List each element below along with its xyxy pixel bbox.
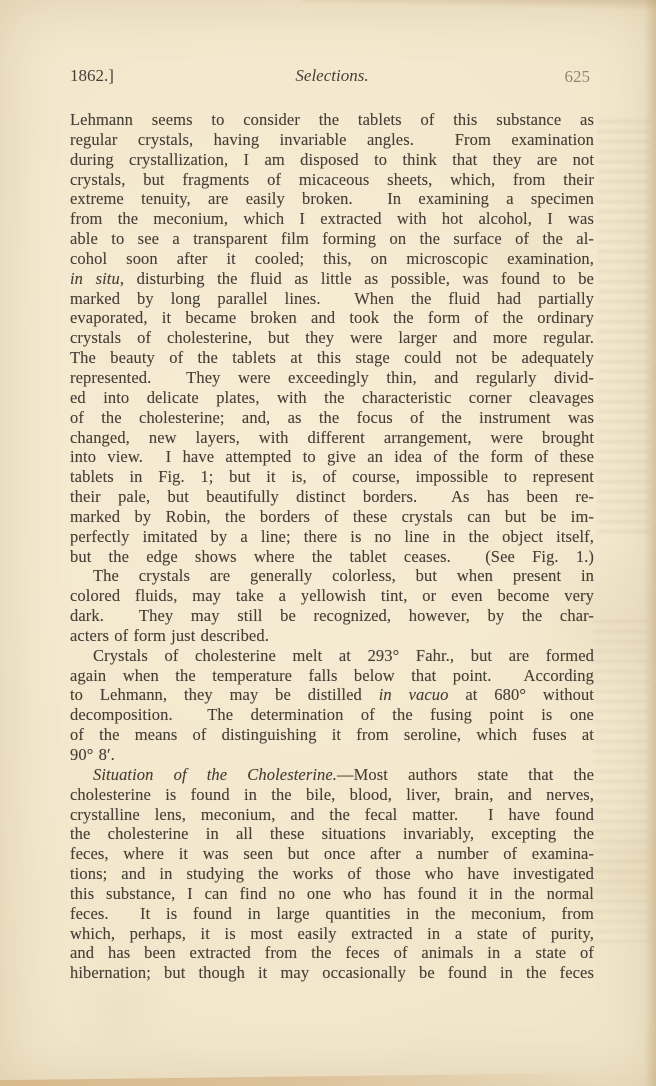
text-line: acters of form just described. — [70, 626, 594, 646]
text-line: marked by Robin, the borders of these cr… — [70, 507, 594, 527]
page-edge-artifact-right — [644, 0, 656, 1086]
text-line: crystalline lens, meconium, and the feca… — [70, 805, 594, 825]
text-line: tablets in Fig. 1; but it is, of course,… — [70, 467, 594, 487]
text-line: which, perhaps, it is most easily extrac… — [70, 924, 594, 944]
text-segment: during crystallization, I am disposed to… — [70, 150, 594, 169]
text-line: dark. They may still be recognized, howe… — [70, 606, 594, 626]
text-line: but the edge shows where the tablet ceas… — [70, 547, 594, 567]
text-segment: at 680° without — [448, 685, 594, 704]
text-line: changed, new layers, with different arra… — [70, 428, 594, 448]
text-segment: Lehmann seems to consider the tablets of… — [70, 110, 594, 129]
text-segment: marked by long parallel lines. When the … — [70, 289, 594, 308]
text-line: from the meconium, which I extracted wit… — [70, 209, 594, 229]
text-segment: hibernation; but though it may occasiona… — [70, 963, 594, 982]
text-segment: able to see a transparent film forming o… — [70, 229, 594, 248]
text-line: The beauty of the tablets at this stage … — [70, 348, 594, 368]
text-segment: The beauty of the tablets at this stage … — [70, 348, 594, 367]
text-segment: crystals, but fragments of micaceous she… — [70, 170, 594, 189]
text-line: to Lehmann, they may be distilled in vac… — [70, 685, 594, 705]
text-segment: perfectly imitated by a line; there is n… — [70, 527, 594, 546]
paragraph: The crystals are generally colorless, bu… — [70, 566, 594, 645]
text-line: extreme tenuity, are easily broken. In e… — [70, 189, 594, 209]
text-segment: this substance, I can find no one who ha… — [70, 884, 594, 903]
text-line: cohol soon after it cooled; this, on mic… — [70, 249, 594, 269]
text-line: hibernation; but though it may occasiona… — [70, 963, 594, 983]
text-segment: feces. It is found in large quantities i… — [70, 904, 594, 923]
page-edge-artifact-top — [302, 0, 656, 14]
text-segment: into view. I have attempted to give an i… — [70, 447, 594, 466]
paragraph: Situation of the Cholesterine.—Most auth… — [70, 765, 594, 983]
text-line: evaporated, it became broken and took th… — [70, 308, 594, 328]
text-line: 90° 8′. — [70, 745, 594, 765]
text-line: tions; and in studying the works of thos… — [70, 864, 594, 884]
text-line: again when the temperature falls below t… — [70, 666, 594, 686]
text-line: regular crystals, having invariable angl… — [70, 130, 594, 150]
text-segment: from the meconium, which I extracted wit… — [70, 209, 594, 228]
text-segment: crystals of cholesterine, but they were … — [70, 328, 594, 347]
text-line: cholesterine is found in the bile, blood… — [70, 785, 594, 805]
text-segment: the cholesterine in all these situations… — [70, 824, 594, 843]
text-segment: crystalline lens, meconium, and the feca… — [70, 805, 594, 824]
text-segment: represented. They were exceedingly thin,… — [70, 368, 594, 387]
text-line: during crystallization, I am disposed to… — [70, 150, 594, 170]
text-line: perfectly imitated by a line; there is n… — [70, 527, 594, 547]
text-line: marked by long parallel lines. When the … — [70, 289, 594, 309]
text-segment: tablets in Fig. 1; but it is, of course,… — [70, 467, 594, 486]
text-segment: marked by Robin, the borders of these cr… — [70, 507, 594, 526]
bleedthrough-artifact — [592, 620, 650, 950]
running-title: Selections. — [70, 66, 594, 86]
text-segment: but the edge shows where the tablet ceas… — [70, 547, 594, 566]
text-segment: The crystals are generally colorless, bu… — [93, 566, 594, 585]
paragraph: Lehmann seems to consider the tablets of… — [70, 110, 594, 566]
text-line: in situ, disturbing the fluid as little … — [70, 269, 594, 289]
text-line: crystals, but fragments of micaceous she… — [70, 170, 594, 190]
text-line: Crystals of cholesterine melt at 293° Fa… — [70, 646, 594, 666]
text-line: of the means of distinguishing it from s… — [70, 725, 594, 745]
text-segment: Crystals of cholesterine melt at 293° Fa… — [93, 646, 594, 665]
text-line: feces. It is found in large quantities i… — [70, 904, 594, 924]
text-line: this substance, I can find no one who ha… — [70, 884, 594, 904]
text-segment: and has been extracted from the feces of… — [70, 943, 594, 962]
text-line: decomposition. The determination of the … — [70, 705, 594, 725]
text-line: Lehmann seems to consider the tablets of… — [70, 110, 594, 130]
text-line: crystals of cholesterine, but they were … — [70, 328, 594, 348]
text-segment: again when the temperature falls below t… — [70, 666, 594, 685]
text-segment: feces, where it was seen but once after … — [70, 844, 594, 863]
bleedthrough-artifact — [598, 120, 650, 540]
page-edge-artifact-bottom — [0, 1072, 656, 1086]
text-line: and has been extracted from the feces of… — [70, 943, 594, 963]
text-segment: evaporated, it became broken and took th… — [70, 308, 594, 327]
text-line: the cholesterine in all these situations… — [70, 824, 594, 844]
text-line: ed into delicate plates, with the charac… — [70, 388, 594, 408]
text-segment: cohol soon after it cooled; this, on mic… — [70, 249, 594, 268]
text-line: represented. They were exceedingly thin,… — [70, 368, 594, 388]
text-segment: colored fluids, may take a yellowish tin… — [70, 586, 594, 605]
text-line: feces, where it was seen but once after … — [70, 844, 594, 864]
page-header: 1862.] Selections. 625 — [70, 66, 594, 88]
text-segment: changed, new layers, with different arra… — [70, 428, 594, 447]
text-segment: —Most authors state that the — [337, 765, 594, 784]
text-segment: of the cholesterine; and, as the focus o… — [70, 408, 594, 427]
text-segment: acters of form just described. — [70, 626, 269, 645]
text-segment: regular crystals, having invariable angl… — [70, 130, 594, 149]
text-line: their pale, but beautifully distinct bor… — [70, 487, 594, 507]
text-line: of the cholesterine; and, as the focus o… — [70, 408, 594, 428]
italic-segment: in situ — [70, 269, 120, 288]
text-segment: , disturbing the fluid as little as poss… — [120, 269, 594, 288]
text-segment: tions; and in studying the works of thos… — [70, 864, 594, 883]
page-number: 625 — [565, 67, 591, 87]
text-line: colored fluids, may take a yellowish tin… — [70, 586, 594, 606]
text-segment: of the means of distinguishing it from s… — [70, 725, 594, 744]
text-line: The crystals are generally colorless, bu… — [70, 566, 594, 586]
text-line: Situation of the Cholesterine.—Most auth… — [70, 765, 594, 785]
text-segment: extreme tenuity, are easily broken. In e… — [70, 189, 594, 208]
text-segment: cholesterine is found in the bile, blood… — [70, 785, 594, 804]
text-line: able to see a transparent film forming o… — [70, 229, 594, 249]
text-block: Lehmann seems to consider the tablets of… — [70, 110, 594, 983]
italic-segment: Situation of the Cholesterine. — [93, 765, 337, 784]
text-segment: their pale, but beautifully distinct bor… — [70, 487, 594, 506]
text-segment: to Lehmann, they may be distilled — [70, 685, 379, 704]
text-line: into view. I have attempted to give an i… — [70, 447, 594, 467]
scanned-page: 1862.] Selections. 625 Lehmann seems to … — [0, 0, 656, 1086]
text-segment: decomposition. The determination of the … — [70, 705, 594, 724]
text-segment: 90° 8′. — [70, 745, 115, 764]
paragraph: Crystals of cholesterine melt at 293° Fa… — [70, 646, 594, 765]
text-segment: ed into delicate plates, with the charac… — [70, 388, 594, 407]
text-segment: dark. They may still be recognized, howe… — [70, 606, 594, 625]
text-segment: which, perhaps, it is most easily extrac… — [70, 924, 594, 943]
italic-segment: in vacuo — [379, 685, 449, 704]
